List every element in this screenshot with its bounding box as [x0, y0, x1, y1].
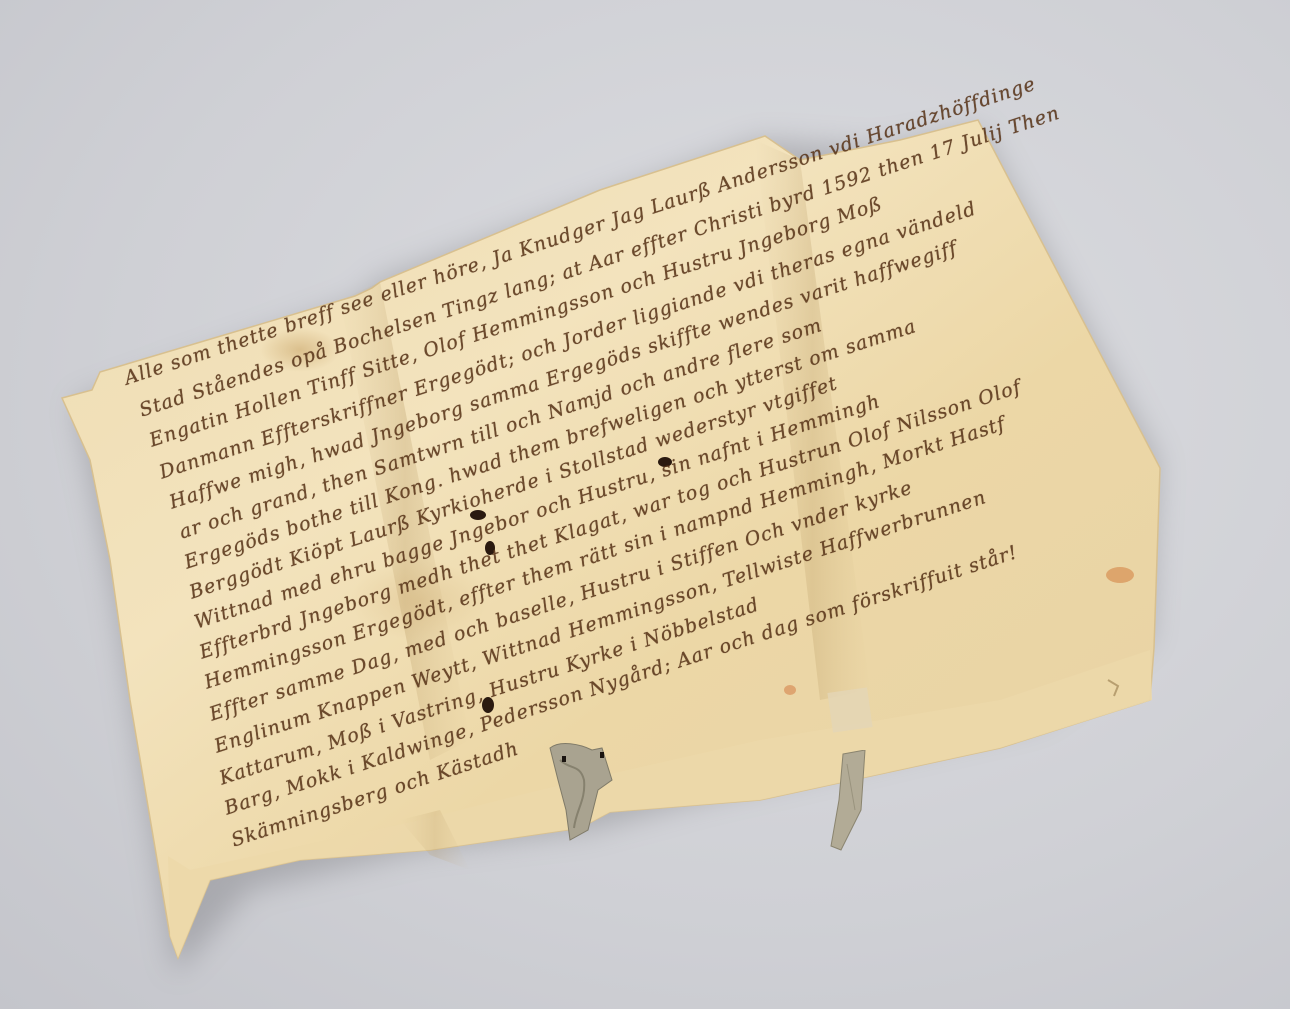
- parchment-strap: [825, 750, 875, 860]
- seal-tag: [540, 740, 630, 850]
- parchment: [0, 0, 1290, 1009]
- photo-scene: Alle som thette breff see eller höre, Ja…: [0, 0, 1290, 1009]
